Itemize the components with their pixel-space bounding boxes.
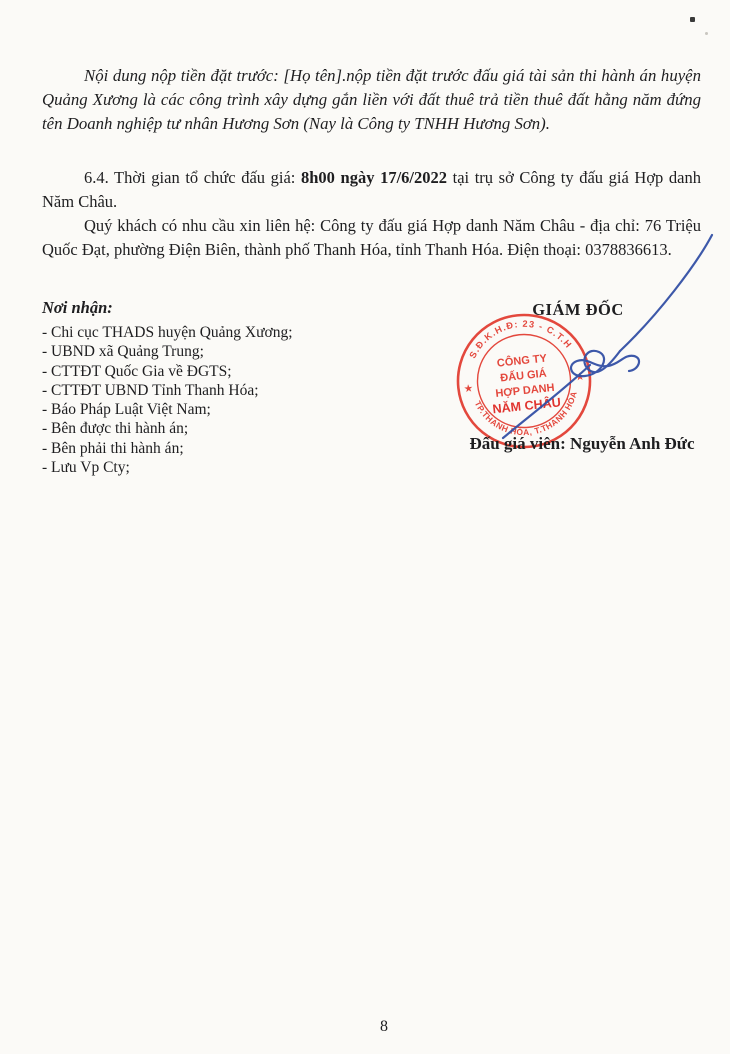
recipient-item: - Bên phải thi hành án; — [42, 439, 372, 458]
recipient-item: - CTTĐT Quốc Gia về ĐGTS; — [42, 362, 372, 381]
signature-descending-stroke — [503, 365, 590, 438]
auction-time-datetime: 8h00 ngày 17/6/2022 — [301, 168, 447, 187]
recipient-item: - CTTĐT UBND Tỉnh Thanh Hóa; — [42, 381, 372, 400]
auctioneer-name: Đấu giá viên: Nguyễn Anh Đức — [452, 434, 712, 454]
document-page: Nội dung nộp tiền đặt trước: [Họ tên].nộ… — [0, 0, 730, 1054]
scan-artifact-dot — [690, 17, 695, 22]
page-number: 8 — [374, 1018, 394, 1036]
recipient-item: - Bên được thi hành án; — [42, 419, 372, 438]
recipient-item: - Báo Pháp Luật Việt Nam; — [42, 400, 372, 419]
scan-artifact-dot-small — [705, 32, 708, 35]
signature-long-stroke — [620, 235, 712, 351]
recipient-item: - Lưu Vp Cty; — [42, 458, 372, 477]
paragraph-deposit-note: Nội dung nộp tiền đặt trước: [Họ tên].nộ… — [42, 64, 701, 136]
recipients-block: Nơi nhận: - Chi cục THADS huyện Quảng Xư… — [42, 296, 372, 477]
auction-time-prefix: 6.4. Thời gian tổ chức đấu giá: — [84, 168, 301, 187]
paragraph-auction-time: 6.4. Thời gian tổ chức đấu giá: 8h00 ngà… — [42, 166, 701, 214]
signature-scribble — [430, 215, 730, 460]
recipients-heading: Nơi nhận: — [42, 296, 372, 320]
recipient-item: - UBND xã Quảng Trung; — [42, 342, 372, 361]
recipient-item: - Chi cục THADS huyện Quảng Xương; — [42, 323, 372, 342]
